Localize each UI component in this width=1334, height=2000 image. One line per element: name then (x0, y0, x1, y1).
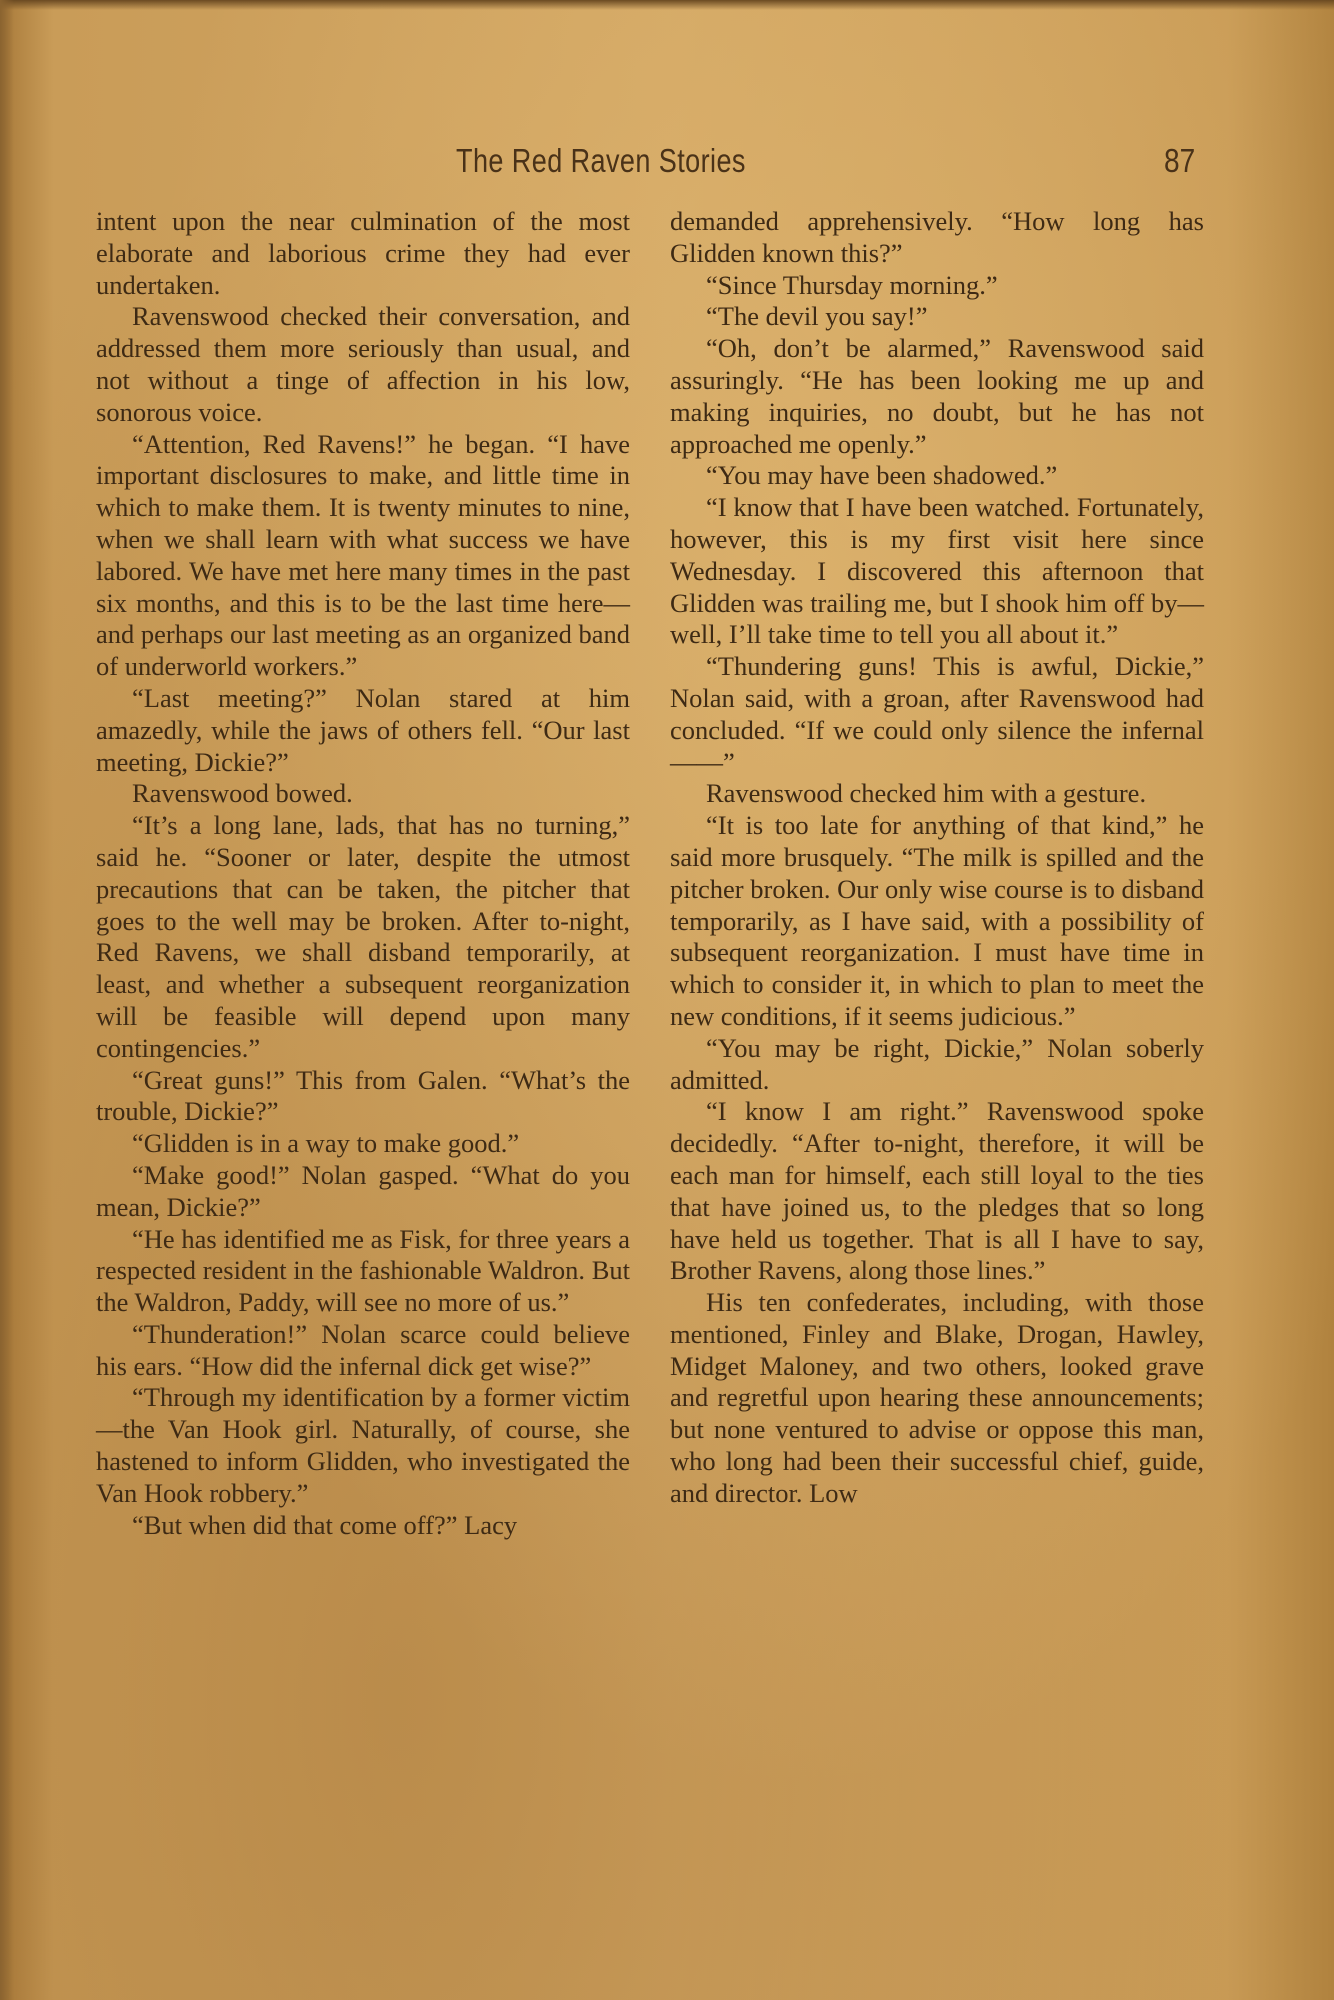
paragraph: “I know that I have been watched. Fortun… (670, 492, 1204, 651)
page-number: 87 (1164, 142, 1195, 180)
paragraph: “He has identified me as Fisk, for three… (96, 1224, 630, 1319)
paragraph: “You may be right, Dickie,” Nolan soberl… (670, 1033, 1204, 1097)
paragraph: “It’s a long lane, lads, that has no tur… (96, 810, 630, 1064)
paragraph: demanded apprehensively. “How long has G… (670, 206, 1204, 270)
paragraph: Ravenswood checked their conversa­tion, … (96, 301, 630, 428)
paragraph: His ten confederates, including, with th… (670, 1287, 1204, 1510)
page-gutter-shadow (0, 0, 14, 2000)
paragraph: “Since Thursday morning.” (670, 270, 1204, 302)
paragraph: “Make good!” Nolan gasped. “What do you … (96, 1160, 630, 1224)
paragraph: Ravenswood checked him with a ges­ture. (670, 778, 1204, 810)
paragraph: “Attention, Red Ravens!” he began. “I ha… (96, 429, 630, 683)
running-title: The Red Raven Stories (456, 142, 746, 180)
paragraph: “Thundering guns! This is awful, Dickie,… (670, 651, 1204, 778)
paragraph: “You may have been shadowed.” (670, 460, 1204, 492)
paragraph: “Great guns!” This from Galen. “What’s t… (96, 1065, 630, 1129)
paragraph: “I know I am right.” Ravenswood spoke de… (670, 1096, 1204, 1287)
book-page: The Red Raven Stories 87 intent upon the… (0, 0, 1334, 2000)
paragraph: “Oh, don’t be alarmed,” Ravenswood said … (670, 333, 1204, 460)
running-head: The Red Raven Stories 87 (0, 142, 1334, 182)
page-top-shadow (0, 0, 1334, 10)
paragraph: “Through my identification by a for­mer … (96, 1382, 630, 1509)
left-text-column: intent upon the near culmination of the … (96, 206, 630, 1541)
paragraph: “Glidden is in a way to make good.” (96, 1128, 630, 1160)
paragraph: Ravenswood bowed. (96, 778, 630, 810)
paragraph: “But when did that come off?” Lacy (96, 1510, 630, 1542)
paragraph: intent upon the near culmination of the … (96, 206, 630, 301)
paragraph: “The devil you say!” (670, 301, 1204, 333)
paragraph: “Last meeting?” Nolan stared at him amaz… (96, 683, 630, 778)
paragraph: “It is too late for anything of that kin… (670, 810, 1204, 1033)
paragraph: “Thunderation!” Nolan scarce could belie… (96, 1319, 630, 1383)
right-text-column: demanded apprehensively. “How long has G… (670, 206, 1204, 1510)
